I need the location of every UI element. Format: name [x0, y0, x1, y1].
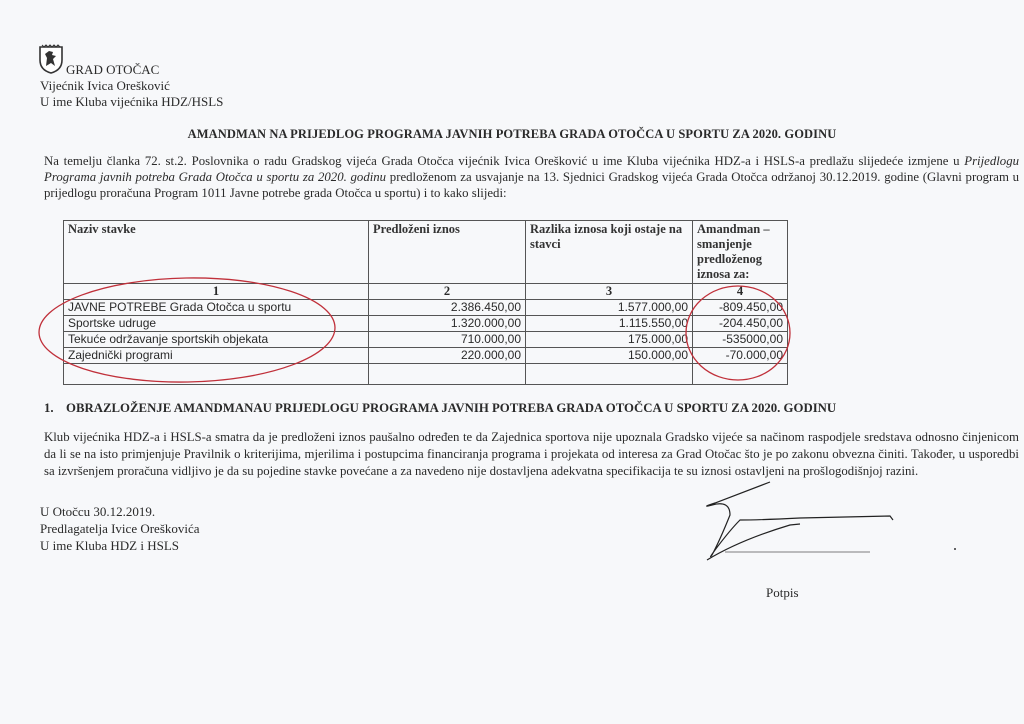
justification-paragraph: Klub vijećnika HDZ-a i HSLS-a smatra da …	[44, 429, 1019, 480]
sender-header: GRAD OTOČAC Vijećnik Ivica Orešković U i…	[40, 62, 223, 110]
table-row-empty	[64, 364, 788, 385]
col-num-3: 3	[526, 284, 693, 300]
intro-paragraph: Na temelju članka 72. st.2. Poslovnika o…	[44, 153, 1019, 201]
proposed-amount: 1.320.000,00	[369, 316, 526, 332]
section-title: OBRAZLOŽENJE AMANDMANAU PRIJEDLOGU PROGR…	[66, 401, 836, 415]
club-name: U ime Kluba vijećnika HDZ/HSLS	[40, 94, 223, 110]
proposed-amount: 220.000,00	[369, 348, 526, 364]
table-row: Zajednički programi 220.000,00 150.000,0…	[64, 348, 788, 364]
remaining-amount: 175.000,00	[526, 332, 693, 348]
table-row: Tekuće održavanje sportskih objekata 710…	[64, 332, 788, 348]
amendment-amount: -204.450,00	[693, 316, 788, 332]
proposed-amount: 2.386.450,00	[369, 300, 526, 316]
intro-text: Na temelju članka 72. st.2. Poslovnika o…	[44, 154, 964, 168]
table-header-row: Naziv stavke Predloženi iznos Razlika iz…	[64, 221, 788, 284]
header-amendment: Amandman – smanjenje predloženog iznosa …	[693, 221, 788, 284]
column-number-row: 1 2 3 4	[64, 284, 788, 300]
document-title: AMANDMAN NA PRIJEDLOG PROGRAMA JAVNIH PO…	[0, 127, 1024, 142]
amendment-table: Naziv stavke Predloženi iznos Razlika iz…	[63, 220, 788, 385]
col-num-4: 4	[693, 284, 788, 300]
item-name: Tekuće održavanje sportskih objekata	[64, 332, 369, 348]
empty-cell	[693, 364, 788, 385]
table-row: Sportske udruge 1.320.000,00 1.115.550,0…	[64, 316, 788, 332]
proposer: Predlagatelja Ivice Oreškovića	[40, 520, 200, 537]
header-item-name: Naziv stavke	[64, 221, 369, 284]
col-num-2: 2	[369, 284, 526, 300]
empty-cell	[369, 364, 526, 385]
item-name: Sportske udruge	[64, 316, 369, 332]
handwritten-signature-icon	[707, 482, 893, 560]
section-heading: 1.OBRAZLOŽENJE AMANDMANAU PRIJEDLOGU PRO…	[44, 401, 836, 416]
remaining-amount: 150.000,00	[526, 348, 693, 364]
city-name: GRAD OTOČAC	[40, 62, 223, 78]
table-row: JAVNE POTREBE Grada Otočca u sportu 2.38…	[64, 300, 788, 316]
header-proposed: Predloženi iznos	[369, 221, 526, 284]
closing-club: U ime Kluba HDZ i HSLS	[40, 537, 200, 554]
section-number: 1.	[44, 401, 66, 416]
proposed-amount: 710.000,00	[369, 332, 526, 348]
item-name: Zajednički programi	[64, 348, 369, 364]
empty-cell	[526, 364, 693, 385]
remaining-amount: 1.577.000,00	[526, 300, 693, 316]
councillor-name: Vijećnik Ivica Orešković	[40, 78, 223, 94]
col-num-1: 1	[64, 284, 369, 300]
place-date: U Otočcu 30.12.2019.	[40, 503, 200, 520]
item-name: JAVNE POTREBE Grada Otočca u sportu	[64, 300, 369, 316]
signature-label: Potpis	[766, 585, 799, 601]
header-remaining: Razlika iznosa koji ostaje na stavci	[526, 221, 693, 284]
closing-block: U Otočcu 30.12.2019. Predlagatelja Ivice…	[40, 503, 200, 554]
remaining-amount: 1.115.550,00	[526, 316, 693, 332]
empty-cell	[64, 364, 369, 385]
amendment-amount: -70.000,00	[693, 348, 788, 364]
amendment-amount: -535000,00	[693, 332, 788, 348]
amendment-amount: -809.450,00	[693, 300, 788, 316]
